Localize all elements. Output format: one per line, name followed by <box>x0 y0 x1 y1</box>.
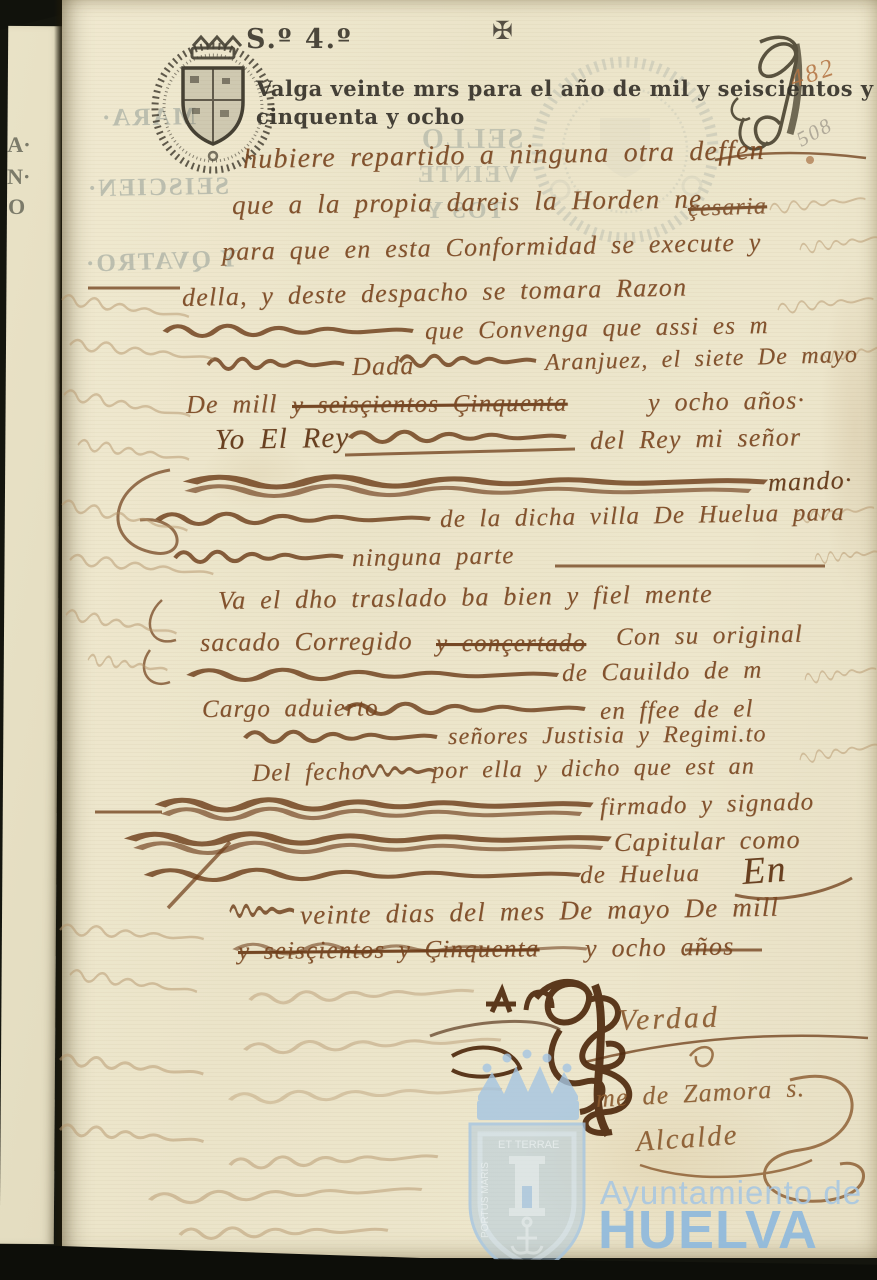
maltese-cross-ornament: ✠ <box>492 16 513 46</box>
manuscript-line: En <box>740 847 788 894</box>
manuscript-line: firmado y signado <box>600 788 815 822</box>
manuscript-line: Dada <box>352 351 415 382</box>
adjacent-page-letter: O <box>8 194 25 220</box>
bleedthrough-word: Y QVATRO· <box>84 245 239 278</box>
manuscript-line: çesaria <box>688 193 768 223</box>
manuscript-line: mando· <box>767 465 852 498</box>
tax-validity-line-1: Valga veinte mrs para el año de mil y se… <box>256 76 874 101</box>
manuscript-line: y seisçientos y Çinquenta <box>238 935 540 966</box>
manuscript-line: y ocho años· <box>648 385 806 418</box>
manuscript-line: de Huelua <box>580 860 701 890</box>
manuscript-line: de Cauildo de m <box>562 657 763 688</box>
tax-validity-line-2: cinquenta y ocho <box>256 104 465 129</box>
bleedthrough-word: MARA· <box>100 103 197 133</box>
manuscript-line: Con su original <box>616 621 803 652</box>
watermark-text-huelva: HUELVA <box>598 1199 818 1261</box>
manuscript-line: y conçertado <box>436 630 586 658</box>
manuscript-line: Cargo aduierto <box>202 694 379 724</box>
adjacent-page-letter: A· <box>7 132 30 158</box>
adjacent-page-edge: A·N·O <box>0 26 62 1244</box>
adjacent-page-letter: N· <box>7 164 30 190</box>
manuscript-line: que a la propia dareis la Horden ne <box>232 183 703 221</box>
manuscript-line: Del fecho <box>252 758 366 788</box>
signature-line: Verdad <box>617 1000 720 1038</box>
manuscript-line: De mill <box>186 389 278 420</box>
manuscript-line: que Convenga que assi es m <box>425 312 769 346</box>
manuscript-line: del Rey mi señor <box>590 422 802 456</box>
manuscript-line: por ella y dicho que est an <box>432 753 755 785</box>
manuscript-line: Yo El Rey <box>215 422 350 457</box>
manuscript-line: y seisçientos Çinquenta <box>292 390 568 420</box>
manuscript-line: sacado Corregido <box>200 626 413 658</box>
manuscript-line: ninguna parte <box>352 542 515 573</box>
archival-document-scan: A·N·O MARA·SEISCIEN·Y QVATRO·SELLOVEINTE… <box>0 0 877 1280</box>
manuscript-line: señores Justisia y Regimi.to <box>448 721 767 751</box>
sello-cuarto-label: S.º 4.º <box>246 24 353 55</box>
manuscript-line: y ocho años <box>585 931 735 964</box>
bleedthrough-word: SEISCIEN· <box>86 173 230 203</box>
